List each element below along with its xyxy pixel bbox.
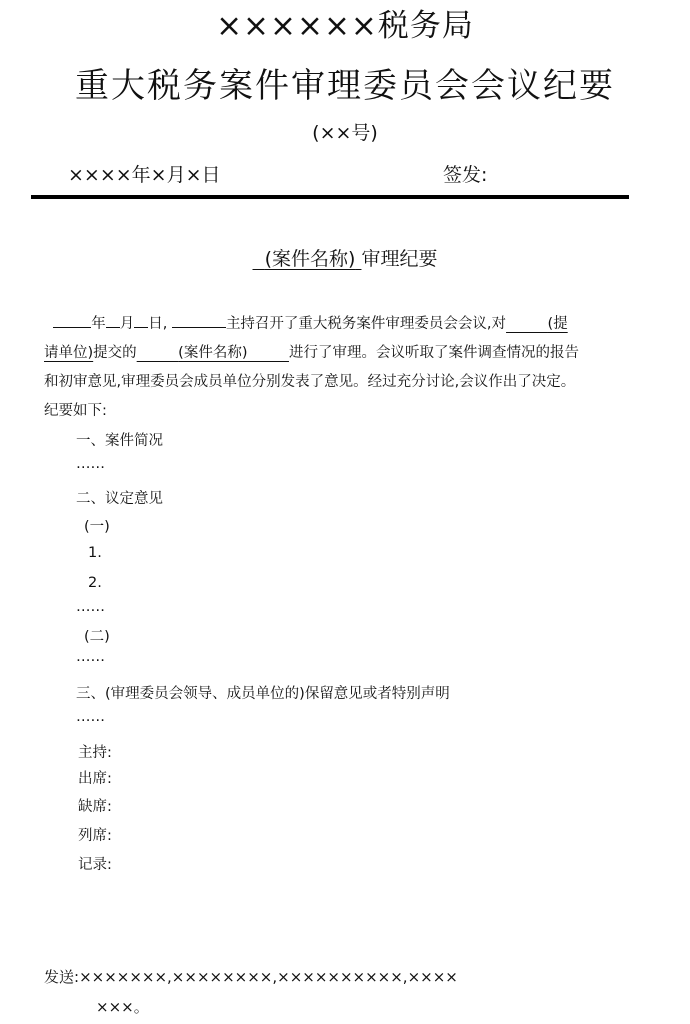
intro-paragraph: 年月日, 主持召开了重大税务案件审理委员会会议,对 (提 请单位)提交的 (案件… bbox=[44, 310, 640, 426]
document-title: 重大税务案件审理委员会会议纪要 bbox=[0, 58, 690, 107]
intro-line-3: 和初审意见,审理委员会成员单位分别发表了意见。经过充分讨论,会议作出了决定。 bbox=[44, 368, 640, 397]
subtitle-suffix: 审理纪要 bbox=[361, 248, 437, 270]
section-3-ellipsis: …… bbox=[76, 709, 105, 725]
attendance-observers: 列席: bbox=[78, 824, 112, 845]
section-2-sub-1: (一) bbox=[84, 515, 110, 536]
case-name-placeholder: (案件名称) bbox=[253, 248, 362, 270]
header-divider bbox=[31, 195, 629, 199]
day-blank bbox=[134, 313, 148, 328]
intro-line-4: 纪要如下: bbox=[44, 397, 640, 426]
year-blank bbox=[53, 313, 91, 328]
submitter-unit-end: 请单位) bbox=[44, 345, 93, 361]
section-2-ellipsis-1: …… bbox=[76, 599, 105, 615]
distribution-line-1: 发送:×××××××,××××××××,××××××××××,×××× bbox=[44, 966, 458, 987]
agency-name: ××××××税务局 bbox=[0, 0, 690, 45]
attendance-recorder: 记录: bbox=[78, 853, 112, 874]
case-name-field: (案件名称) bbox=[137, 345, 289, 361]
section-1-title: 一、案件简况 bbox=[76, 429, 163, 450]
summary-subtitle: (案件名称) 审理纪要 bbox=[0, 244, 690, 271]
intro-line-2: 请单位)提交的 (案件名称) 进行了审理。会议听取了案件调查情况的报告 bbox=[44, 339, 640, 368]
section-2-sub-2: (二) bbox=[84, 625, 110, 646]
attendance-absent: 缺席: bbox=[78, 795, 112, 816]
section-2-item-1: 1. bbox=[88, 545, 102, 561]
submitter-unit-start: (提 bbox=[506, 316, 568, 332]
section-3-title: 三、(审理委员会领导、成员单位的)保留意见或者特别声明 bbox=[76, 682, 450, 703]
distribution-line-2: ×××。 bbox=[96, 996, 149, 1017]
distribution-recipients: ×××××××,××××××××,××××××××××,×××× bbox=[79, 968, 458, 986]
attendance-host: 主持: bbox=[78, 741, 112, 762]
section-2-ellipsis-2: …… bbox=[76, 649, 105, 665]
document-date: ××××年×月×日 bbox=[68, 160, 221, 187]
section-2-item-2: 2. bbox=[88, 575, 102, 591]
section-2-title: 二、议定意见 bbox=[76, 487, 163, 508]
host-blank bbox=[172, 313, 226, 328]
signer-label: 签发: bbox=[443, 160, 487, 187]
month-blank bbox=[106, 313, 120, 328]
distribution-label: 发送: bbox=[44, 968, 79, 986]
section-1-ellipsis: …… bbox=[76, 456, 105, 472]
intro-line-1: 年月日, 主持召开了重大税务案件审理委员会会议,对 (提 bbox=[44, 310, 640, 339]
document-number: (××号) bbox=[0, 118, 690, 145]
attendance-present: 出席: bbox=[78, 767, 112, 788]
